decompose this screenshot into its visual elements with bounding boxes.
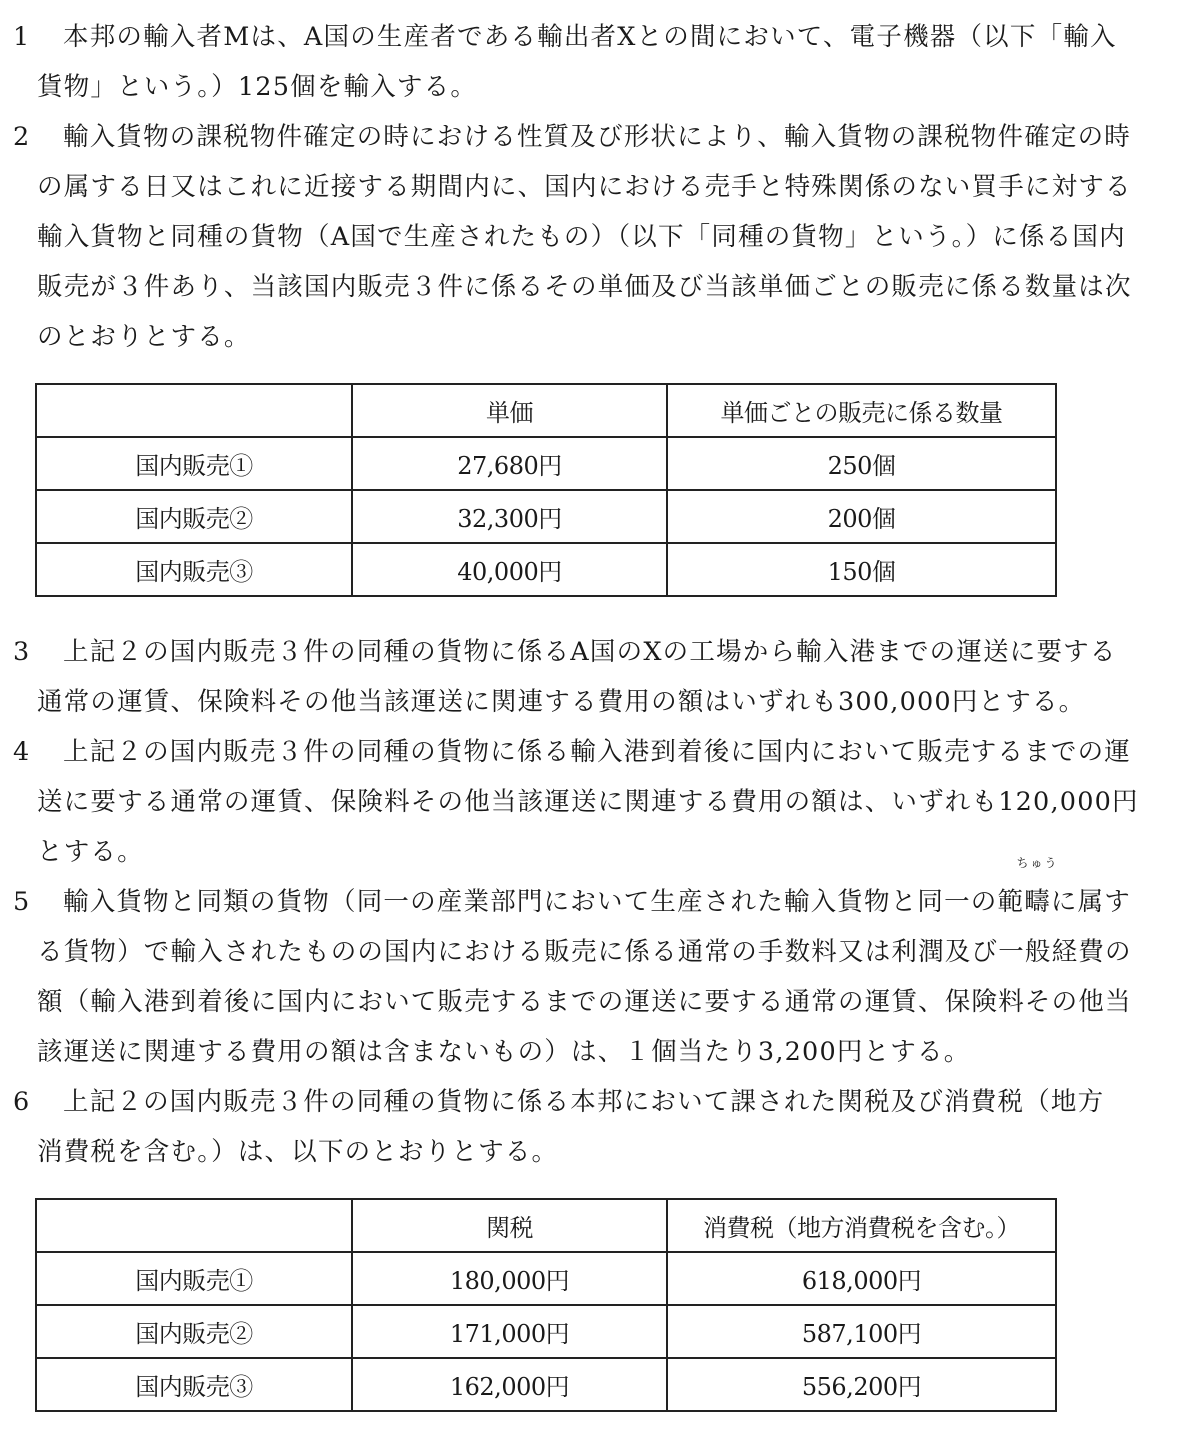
ruby-base: 疇 (1024, 887, 1051, 917)
paragraph-line: 該運送に関連する費用の額は含まないもの）は、１個当たり3,200円とする。 (0, 1027, 1185, 1077)
table-cell: 国内販売② (36, 490, 352, 543)
table-cell: 27,680円 (352, 437, 667, 490)
paragraph-line: の属する日又はこれに近接する期間内に、国内における売手と特殊関係のない買手に対す… (0, 162, 1185, 212)
table-cell: 国内販売① (36, 1252, 352, 1305)
paragraph-number: 4 (13, 727, 43, 777)
table-row: 国内販売③ 162,000円 556,200円 (36, 1358, 1056, 1411)
table-row: 国内販売③ 40,000円 150個 (36, 543, 1056, 596)
table-cell: 171,000円 (352, 1305, 667, 1358)
paragraph-number: 6 (13, 1077, 43, 1127)
table-cell: 250個 (667, 437, 1056, 490)
paragraph-1: 1 本邦の輸入者Mは、A国の生産者である輸出者Xとの間において、電子機器（以下「… (0, 12, 1185, 112)
table-header-cell: 単価ごとの販売に係る数量 (667, 384, 1056, 437)
ruby-reading: ちゅう (1017, 857, 1059, 869)
ruby-annotated-kanji: ちゅう疇 (1024, 877, 1051, 927)
table-header-cell: 消費税（地方消費税を含む。） (667, 1199, 1056, 1252)
table-row: 国内販売① 180,000円 618,000円 (36, 1252, 1056, 1305)
paragraph-line: 輸入貨物と同種の貨物（A国で生産されたもの）（以下「同種の貨物」という。）に係る… (0, 212, 1185, 262)
paragraph-line: 輸入貨物の課税物件確定の時における性質及び形状により、輸入貨物の課税物件確定の時 (0, 112, 1185, 162)
table-cell: 国内販売② (36, 1305, 352, 1358)
paragraph-text: に属す (1051, 887, 1131, 917)
table-cell: 国内販売③ (36, 1358, 352, 1411)
paragraph-line: 上記２の国内販売３件の同種の貨物に係るA国のXの工場から輸入港までの運送に要する (0, 627, 1185, 677)
paragraph-number: 5 (13, 877, 43, 927)
paragraph-line: 貨物」という。）125個を輸入する。 (0, 62, 1185, 112)
paragraph-line: 上記２の国内販売３件の同種の貨物に係る輸入港到着後に国内において販売するまでの運 (0, 727, 1185, 777)
table-header-cell: 単価 (352, 384, 667, 437)
paragraph-line: のとおりとする。 (0, 312, 1185, 362)
paragraph-6: 6 上記２の国内販売３件の同種の貨物に係る本邦において課された関税及び消費税（地… (0, 1077, 1185, 1177)
paragraph-number: 1 (13, 12, 43, 62)
paragraph-line: る貨物）で輸入されたものの国内における販売に係る通常の手数料又は利潤及び一般経費… (0, 927, 1185, 977)
table-cell: 180,000円 (352, 1252, 667, 1305)
table-cell: 200個 (667, 490, 1056, 543)
paragraph-line: 通常の運賃、保険料その他当該運送に関連する費用の額はいずれも300,000円とす… (0, 677, 1185, 727)
table-row: 国内販売② 32,300円 200個 (36, 490, 1056, 543)
table-cell: 国内販売③ (36, 543, 352, 596)
table-cell: 150個 (667, 543, 1056, 596)
table-row: 国内販売① 27,680円 250個 (36, 437, 1056, 490)
paragraph-text: 輸入貨物と同類の貨物（同一の産業部門において生産された輸入貨物と同一の範 (63, 887, 1024, 917)
table-header-row: 単価 単価ごとの販売に係る数量 (36, 384, 1056, 437)
paragraph-2: 2 輸入貨物の課税物件確定の時における性質及び形状により、輸入貨物の課税物件確定… (0, 112, 1185, 362)
table-cell: 32,300円 (352, 490, 667, 543)
paragraph-3: 3 上記２の国内販売３件の同種の貨物に係るA国のXの工場から輸入港までの運送に要… (0, 627, 1185, 727)
paragraph-line: 本邦の輸入者Mは、A国の生産者である輸出者Xとの間において、電子機器（以下「輸入 (0, 12, 1185, 62)
table-cell: 556,200円 (667, 1358, 1056, 1411)
paragraph-line: 上記２の国内販売３件の同種の貨物に係る本邦において課された関税及び消費税（地方 (0, 1077, 1185, 1127)
table-header-cell (36, 1199, 352, 1252)
table-cell: 162,000円 (352, 1358, 667, 1411)
paragraph-line: 販売が３件あり、当該国内販売３件に係るその単価及び当該単価ごとの販売に係る数量は… (0, 262, 1185, 312)
unit-price-table: 単価 単価ごとの販売に係る数量 国内販売① 27,680円 250個 国内販売②… (35, 383, 1057, 597)
paragraph-number: 3 (13, 627, 43, 677)
table-header-row: 関税 消費税（地方消費税を含む。） (36, 1199, 1056, 1252)
paragraph-line: とする。 (0, 827, 1185, 877)
tax-table: 関税 消費税（地方消費税を含む。） 国内販売① 180,000円 618,000… (35, 1198, 1057, 1412)
table-cell: 587,100円 (667, 1305, 1056, 1358)
table-cell: 618,000円 (667, 1252, 1056, 1305)
table-row: 国内販売② 171,000円 587,100円 (36, 1305, 1056, 1358)
paragraph-line: 送に要する通常の運賃、保険料その他当該運送に関連する費用の額は、いずれも120,… (0, 777, 1185, 827)
paragraph-4: 4 上記２の国内販売３件の同種の貨物に係る輸入港到着後に国内において販売するまで… (0, 727, 1185, 877)
paragraph-line: 消費税を含む。）は、以下のとおりとする。 (0, 1127, 1185, 1177)
table-header-cell: 関税 (352, 1199, 667, 1252)
paragraph-line: 輸入貨物と同類の貨物（同一の産業部門において生産された輸入貨物と同一の範ちゅう疇… (0, 877, 1185, 927)
paragraph-number: 2 (13, 112, 43, 162)
paragraph-5: 5 輸入貨物と同類の貨物（同一の産業部門において生産された輸入貨物と同一の範ちゅ… (0, 877, 1185, 1077)
table-cell: 40,000円 (352, 543, 667, 596)
table-header-cell (36, 384, 352, 437)
paragraph-line: 額（輸入港到着後に国内において販売するまでの運送に要する通常の運賃、保険料その他… (0, 977, 1185, 1027)
table-cell: 国内販売① (36, 437, 352, 490)
